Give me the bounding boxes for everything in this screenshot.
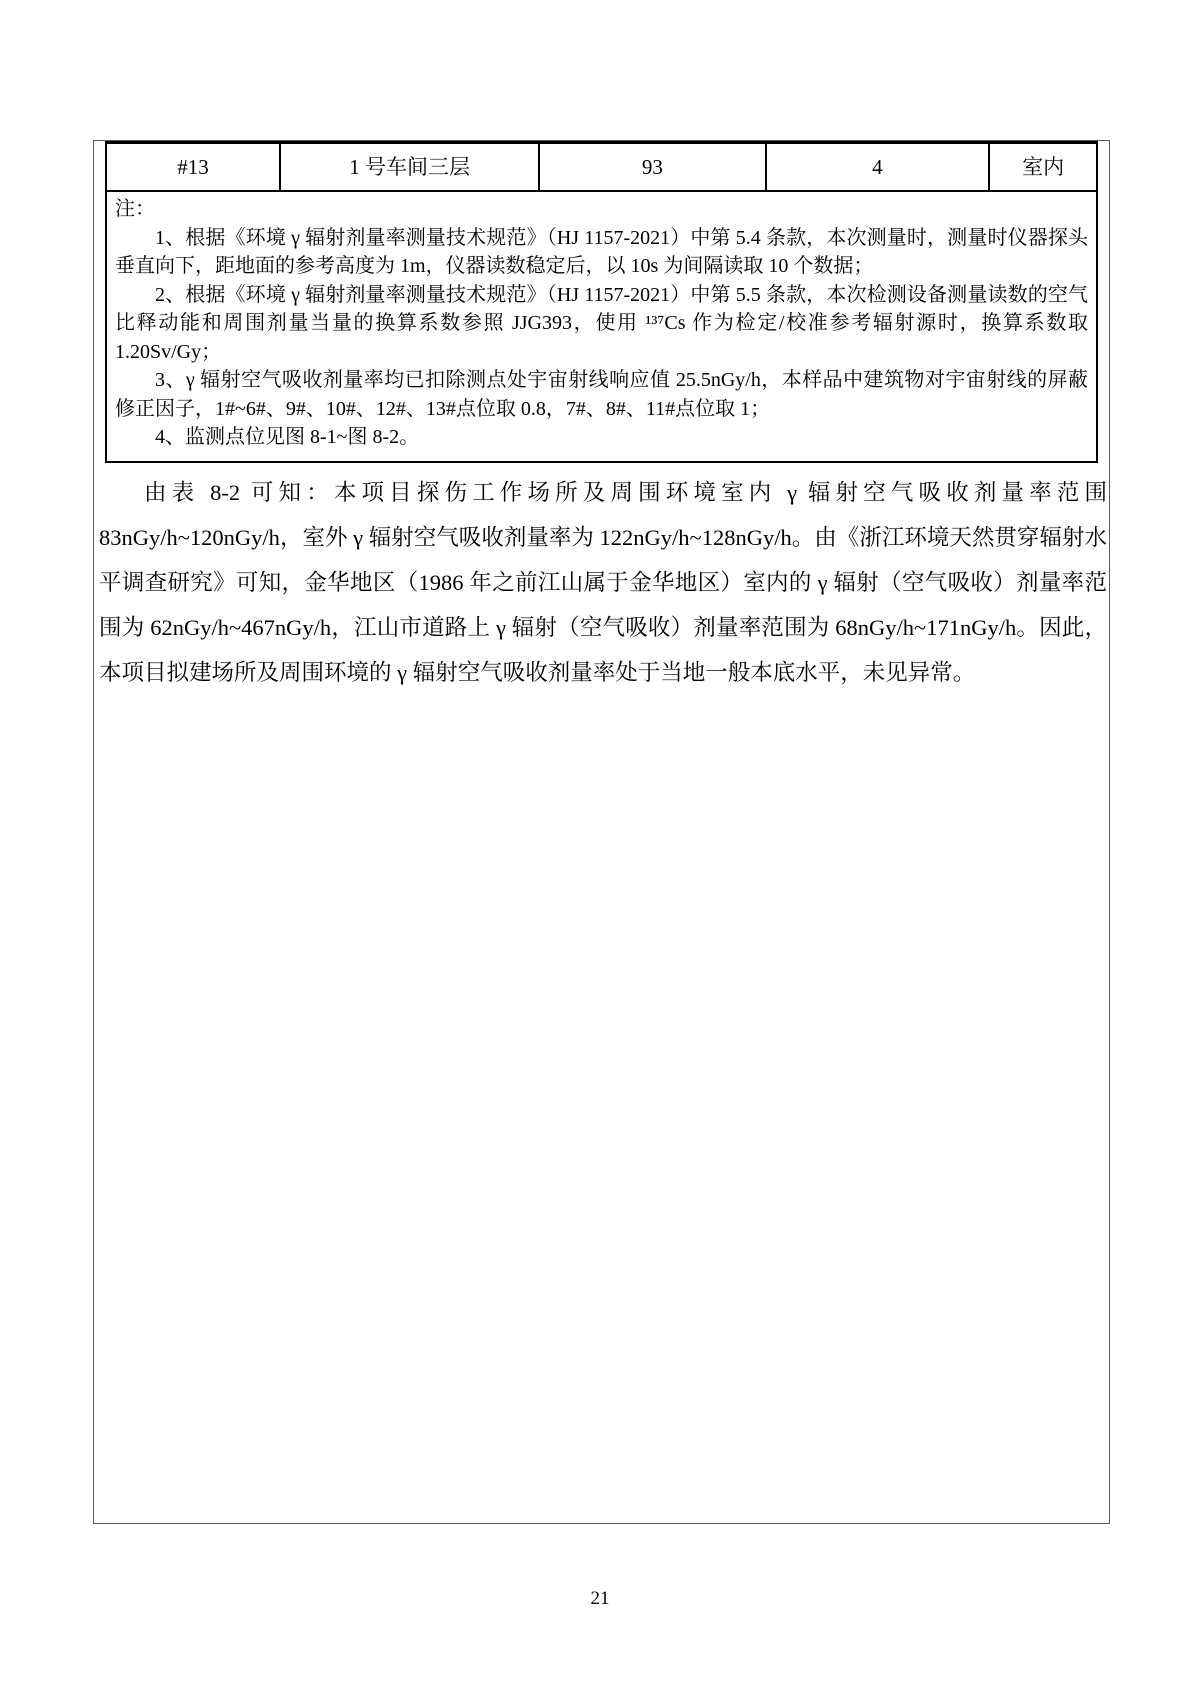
page-number: 21 (0, 1588, 1200, 1610)
page-border-frame: #13 1 号车间三层 93 4 室内 注： 1、根据《环境 γ 辐射剂量率测量… (93, 140, 1110, 1524)
cell-std-deviation: 4 (765, 144, 989, 190)
notes-cell: 注： 1、根据《环境 γ 辐射剂量率测量技术规范》（HJ 1157-2021）中… (107, 192, 1096, 461)
cell-measured-value: 93 (538, 144, 764, 190)
table-row: #13 1 号车间三层 93 4 室内 (107, 144, 1096, 192)
cell-remark: 室内 (988, 144, 1096, 190)
note-item-4: 4、监测点位见图 8-1~图 8-2。 (115, 423, 1088, 452)
note-item-3: 3、γ 辐射空气吸收剂量率均已扣除测点处宇宙射线响应值 25.5nGy/h，本样… (115, 366, 1088, 423)
document-page: #13 1 号车间三层 93 4 室内 注： 1、根据《环境 γ 辐射剂量率测量… (0, 0, 1200, 1697)
analysis-paragraph: 由表 8-2 可知：本项目探伤工作场所及周围环境室内 γ 辐射空气吸收剂量率范围… (99, 470, 1107, 695)
cell-point-id: #13 (107, 144, 279, 190)
note-item-1: 1、根据《环境 γ 辐射剂量率测量技术规范》（HJ 1157-2021）中第 5… (115, 224, 1088, 281)
notes-label: 注： (115, 195, 1088, 224)
measurement-table: #13 1 号车间三层 93 4 室内 注： 1、根据《环境 γ 辐射剂量率测量… (105, 141, 1098, 463)
note-item-2: 2、根据《环境 γ 辐射剂量率测量技术规范》（HJ 1157-2021）中第 5… (115, 281, 1088, 367)
cell-location: 1 号车间三层 (279, 144, 538, 190)
